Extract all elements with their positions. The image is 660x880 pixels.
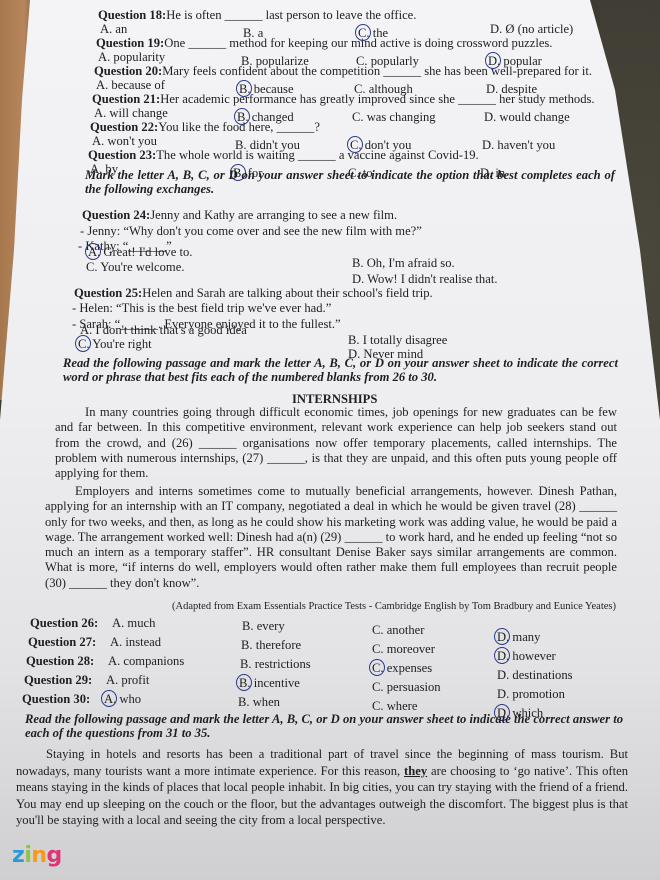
answer-option-circled: B. incentive: [239, 676, 300, 690]
answer-option: B. Oh, I'm afraid so.: [352, 256, 455, 270]
answer-option: D. Ø (no article): [490, 22, 573, 36]
option-text: D. Wow! I didn't realise that.: [352, 272, 497, 286]
option-text: A. instead: [110, 635, 161, 649]
answer-option-circled: C. You're right: [78, 337, 152, 351]
option-text: A. Great! I'd love to.: [88, 245, 192, 259]
question-text: The whole world is waiting ______ a vacc…: [156, 148, 478, 162]
question-text: Her academic performance has greatly imp…: [160, 92, 594, 106]
question-text: He is often ______ last person to leave …: [166, 8, 416, 22]
option-text: A. profit: [106, 673, 149, 687]
option-text: D. haven't you: [482, 138, 555, 152]
answer-option: A. I don't think that's a good idea: [80, 323, 247, 337]
answer-option: D. promotion: [497, 687, 565, 701]
answer-option: C. moreover: [372, 642, 435, 656]
question-stem: Question 20:Mary feels confident about t…: [94, 64, 592, 78]
underlined-word: they: [404, 764, 427, 778]
answer-option: D. would change: [484, 110, 570, 124]
option-text: B. when: [238, 695, 280, 709]
question-label: Question 18:: [98, 8, 166, 22]
answer-option-circled: C. expenses: [372, 661, 432, 675]
question-label: Question 30:: [22, 692, 90, 706]
option-text: A. popularity: [98, 50, 165, 64]
answer-option: C. was changing: [352, 110, 436, 124]
exam-content: Question 18:He is often ______ last pers…: [0, 0, 660, 880]
dialogue-line: - Helen: “This is the best field trip we…: [72, 301, 331, 315]
question-stem: Question 19:One ______ method for keepin…: [96, 36, 552, 50]
option-text: A. I don't think that's a good idea: [80, 323, 247, 337]
question-label: Question 29:: [24, 673, 92, 687]
question-stem: Question 23:The whole world is waiting _…: [88, 148, 479, 162]
question-text: One ______ method for keeping our mind a…: [164, 36, 552, 50]
option-text: C. another: [372, 623, 424, 637]
answer-option: A. because of: [96, 78, 165, 92]
answer-option: D. destinations: [497, 668, 573, 682]
passage-paragraph: Employers and interns sometimes come to …: [45, 484, 617, 591]
question-stem: Question 22:You like the food here, ____…: [90, 120, 320, 134]
answer-option: B. every: [242, 619, 285, 633]
question-label: Question 23:: [88, 148, 156, 162]
answer-option: A. companions: [108, 654, 184, 668]
answer-option: D. Wow! I didn't realise that.: [352, 272, 497, 286]
option-text: D. destinations: [497, 668, 573, 682]
option-text: D. many: [497, 630, 540, 644]
question-label: Question 20:: [94, 64, 162, 78]
answer-option: A. instead: [110, 635, 161, 649]
question-text: Jenny and Kathy are arranging to see a n…: [150, 208, 397, 222]
answer-option: D. haven't you: [482, 138, 555, 152]
answer-option-circled: D. many: [497, 630, 540, 644]
question-stem: Question 21:Her academic performance has…: [92, 92, 595, 106]
source-citation: (Adapted from Exam Essentials Practice T…: [172, 600, 616, 614]
question-text: Mary feels confident about the competiti…: [162, 64, 592, 78]
answer-option: B. when: [238, 695, 280, 709]
option-text: C. persuasion: [372, 680, 441, 694]
option-text: C. was changing: [352, 110, 436, 124]
option-text: B. every: [242, 619, 285, 633]
option-text: D. would change: [484, 110, 570, 124]
option-text: C. You're right: [78, 337, 152, 351]
option-text: D. promotion: [497, 687, 565, 701]
passage-title: INTERNSHIPS: [292, 392, 377, 406]
answer-option: A. much: [112, 616, 155, 630]
passage-paragraph: Staying in hotels and resorts has been a…: [16, 746, 628, 829]
question-text: You like the food here, ______?: [158, 120, 320, 134]
option-text: D. Ø (no article): [490, 22, 573, 36]
answer-option: C. where: [372, 699, 417, 713]
question-stem: Question 25:Helen and Sarah are talking …: [74, 286, 433, 300]
section-instruction: Read the following passage and mark the …: [63, 356, 618, 384]
answer-option: A. won't you: [92, 134, 157, 148]
dialogue-line: - Jenny: “Why don't you come over and se…: [80, 224, 422, 238]
option-text: B. therefore: [241, 638, 301, 652]
option-text: C. where: [372, 699, 417, 713]
option-text: A. companions: [108, 654, 184, 668]
option-text: A. will change: [94, 106, 168, 120]
answer-option: A. will change: [94, 106, 168, 120]
option-text: A. who: [104, 692, 141, 706]
answer-option: C. You're welcome.: [86, 260, 184, 274]
option-text: A. because of: [96, 78, 165, 92]
answer-option: B. restrictions: [240, 657, 311, 671]
answer-option-circled: D. however: [497, 649, 556, 663]
answer-option-circled: A. Great! I'd love to.: [88, 245, 192, 259]
question-label: Question 22:: [90, 120, 158, 134]
question-stem: Question 18:He is often ______ last pers…: [98, 8, 416, 22]
question-label: Question 21:: [92, 92, 160, 106]
option-text: C. You're welcome.: [86, 260, 184, 274]
question-label: Question 25:: [74, 286, 142, 300]
question-text: Helen and Sarah are talking about their …: [142, 286, 432, 300]
option-text: B. I totally disagree: [348, 333, 447, 347]
option-text: D. however: [497, 649, 556, 663]
option-text: A. won't you: [92, 134, 157, 148]
section-instruction: Mark the letter A, B, C, or D on your an…: [85, 168, 615, 196]
section-instruction: Read the following passage and mark the …: [25, 712, 623, 740]
answer-option: A. an: [100, 22, 127, 36]
question-label: Question 26:: [30, 616, 98, 630]
question-label: Question 28:: [26, 654, 94, 668]
answer-option: A. profit: [106, 673, 149, 687]
option-text: C. moreover: [372, 642, 435, 656]
answer-option: B. I totally disagree: [348, 333, 447, 347]
question-label: Question 19:: [96, 36, 164, 50]
option-text: B. incentive: [239, 676, 300, 690]
option-text: A. much: [112, 616, 155, 630]
question-label: Question 24:: [82, 208, 150, 222]
answer-option-circled: A. who: [104, 692, 141, 706]
answer-option: A. popularity: [98, 50, 165, 64]
option-text: B. restrictions: [240, 657, 311, 671]
option-text: C. expenses: [372, 661, 432, 675]
answer-option: C. another: [372, 623, 424, 637]
zing-watermark-logo: zing: [12, 843, 62, 868]
passage-paragraph: In many countries going through difficul…: [55, 405, 617, 481]
option-text: B. Oh, I'm afraid so.: [352, 256, 455, 270]
question-stem: Question 24:Jenny and Kathy are arrangin…: [82, 208, 397, 222]
question-label: Question 27:: [28, 635, 96, 649]
answer-option: C. persuasion: [372, 680, 441, 694]
option-text: A. an: [100, 22, 127, 36]
answer-option: B. therefore: [241, 638, 301, 652]
